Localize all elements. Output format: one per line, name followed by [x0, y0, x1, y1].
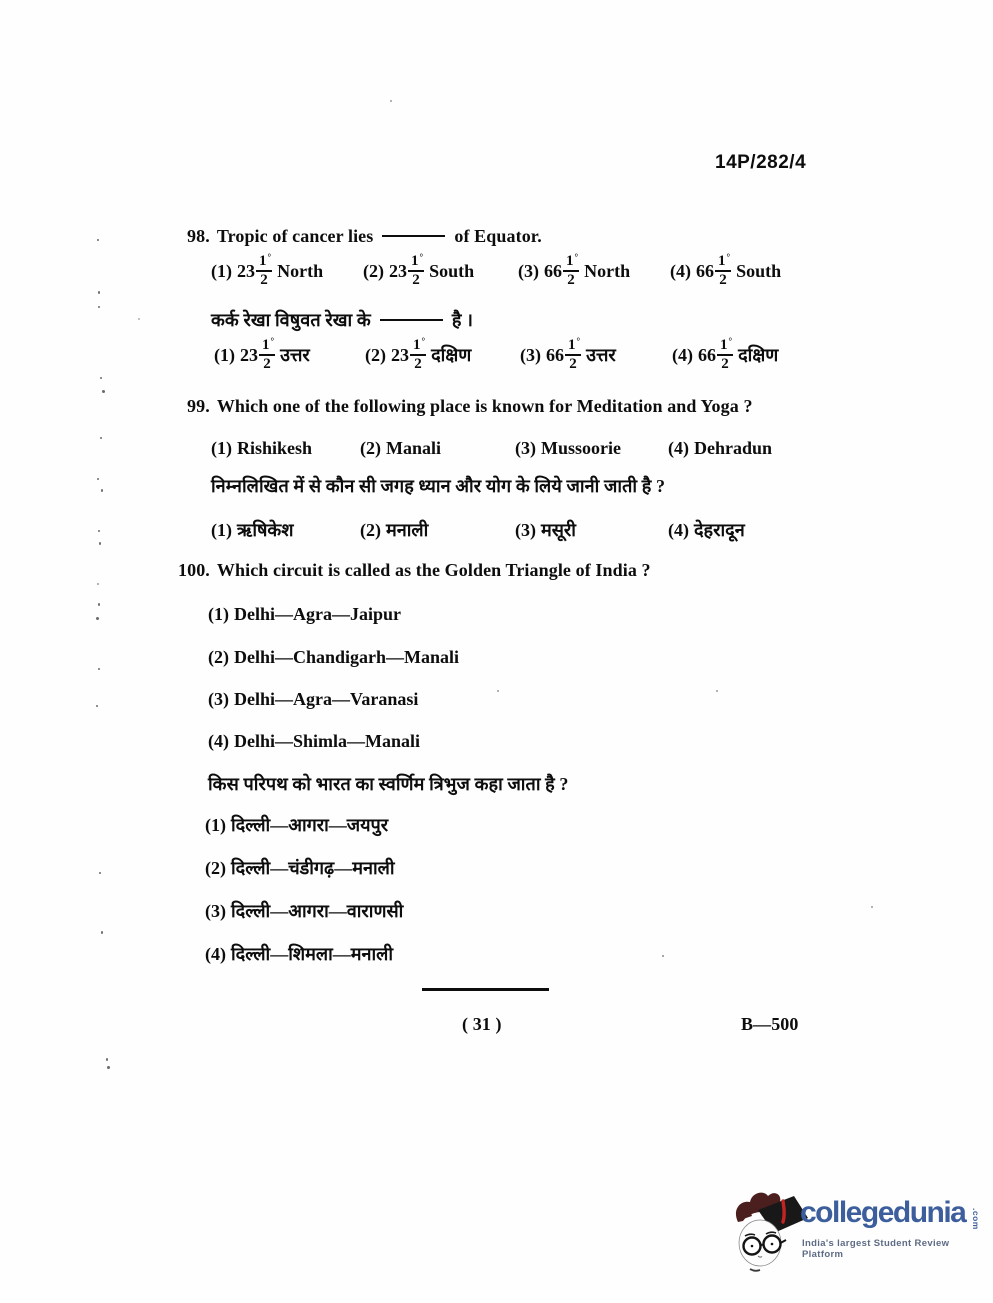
option-number: (4) — [668, 438, 689, 458]
question-100-english: 100.Which circuit is called as the Golde… — [178, 560, 651, 581]
scan-speck — [98, 530, 100, 532]
fraction-whole: 23 — [237, 261, 255, 281]
option-label: North — [277, 261, 323, 281]
fraction-numerator: 1 — [718, 253, 726, 269]
scan-speck — [138, 318, 140, 320]
q99-hi-option-4: (4)देहरादून — [668, 518, 745, 542]
fraction-denominator: 2 — [715, 272, 731, 288]
fraction-numerator: 1 — [568, 337, 576, 353]
option-label: North — [584, 261, 630, 281]
option-label: Delhi—Agra—Jaipur — [234, 604, 401, 624]
option-label: Delhi—Chandigarh—Manali — [234, 647, 459, 667]
question-text-hindi: निम्नलिखित में से कौन सी जगह ध्यान और यो… — [211, 476, 665, 496]
q98-en-option-4: (4)661°2South — [670, 256, 781, 290]
degree-symbol: ° — [420, 252, 424, 262]
option-label: Mussoorie — [541, 438, 621, 458]
option-label-hindi: मसूरी — [541, 520, 576, 540]
option-number: (3) — [515, 520, 536, 540]
fraction: 1°2 — [410, 338, 426, 372]
fraction-numerator: 1 — [566, 253, 574, 269]
scan-speck — [100, 377, 102, 379]
option-number: (1) — [208, 604, 229, 624]
question-100-hindi: किस परिपथ को भारत का स्वर्णिम त्रिभुज कह… — [208, 772, 569, 796]
q98-hi-option-4: (4)661°2दक्षिण — [672, 340, 778, 374]
option-label-hindi: उत्तर — [280, 345, 310, 365]
q100-en-option-2: (2)Delhi—Chandigarh—Manali — [208, 647, 459, 668]
option-number: (2) — [363, 261, 384, 281]
option-label: Delhi—Shimla—Manali — [234, 731, 420, 751]
q100-hi-option-4: (4)दिल्ली—शिमला—मनाली — [205, 942, 393, 966]
q99-en-option-3: (3)Mussoorie — [515, 438, 621, 459]
blank-line — [380, 319, 443, 321]
fraction: 1°2 — [565, 338, 581, 372]
option-number: (4) — [670, 261, 691, 281]
fraction-numerator: 1 — [259, 253, 267, 269]
fraction-whole: 66 — [696, 261, 714, 281]
option-number: (2) — [360, 520, 381, 540]
q100-hi-option-2: (2)दिल्ली—चंडीगढ़—मनाली — [205, 856, 394, 880]
question-number: 99. — [187, 396, 210, 416]
fraction-denominator: 2 — [717, 356, 733, 372]
collegedunia-mascot-icon — [728, 1186, 808, 1274]
option-number: (3) — [518, 261, 539, 281]
question-number: 98. — [187, 226, 210, 246]
option-label: Delhi—Agra—Varanasi — [234, 689, 418, 709]
option-label: Manali — [386, 438, 441, 458]
scan-speck — [102, 390, 105, 393]
option-label: Dehradun — [694, 438, 772, 458]
question-98-hindi: कर्क रेखा विषुवत रेखा केहै । — [211, 308, 473, 332]
q100-en-option-4: (4)Delhi—Shimla—Manali — [208, 731, 420, 752]
degree-symbol: ° — [268, 252, 272, 262]
fraction-numerator: 1 — [411, 253, 419, 269]
option-number: (4) — [205, 944, 226, 964]
blank-line — [382, 235, 445, 237]
fraction-whole: 66 — [544, 261, 562, 281]
option-number: (2) — [208, 647, 229, 667]
collegedunia-brand-text: collegedunia — [800, 1196, 965, 1230]
q98-hi-option-2: (2)231°2दक्षिण — [365, 340, 471, 374]
scan-speck — [106, 1058, 108, 1061]
q99-en-option-2: (2)Manali — [360, 438, 441, 459]
paper-code: 14P/282/4 — [715, 152, 806, 174]
fraction-whole: 23 — [240, 345, 258, 365]
question-text-hindi: किस परिपथ को भारत का स्वर्णिम त्रिभुज कह… — [208, 774, 569, 794]
fraction: 1°2 — [563, 254, 579, 288]
question-number: 100. — [178, 560, 210, 580]
option-label-hindi: उत्तर — [586, 345, 616, 365]
fraction: 1°2 — [717, 338, 733, 372]
option-number: (4) — [208, 731, 229, 751]
scan-speck — [96, 705, 98, 707]
option-label-hindi: दक्षिण — [738, 345, 778, 365]
booklet-code: B—500 — [741, 1014, 799, 1035]
collegedunia-logo: collegedunia .com India's largest Studen… — [728, 1186, 990, 1278]
option-label-hindi: दिल्ली—आगरा—जयपुर — [231, 815, 388, 835]
fraction-whole: 66 — [698, 345, 716, 365]
fraction-numerator: 1 — [720, 337, 728, 353]
collegedunia-tagline: India's largest Student Review Platform — [802, 1238, 990, 1260]
option-label-hindi: दिल्ली—चंडीगढ़—मनाली — [231, 858, 394, 878]
fraction: 1°2 — [259, 338, 275, 372]
option-number: (4) — [668, 520, 689, 540]
scan-speck — [96, 617, 99, 620]
option-label-hindi: देहरादून — [694, 520, 745, 540]
scan-speck — [100, 437, 102, 439]
option-number: (2) — [205, 858, 226, 878]
option-number: (1) — [211, 438, 232, 458]
q99-en-option-4: (4)Dehradun — [668, 438, 772, 459]
scan-speck — [871, 906, 873, 908]
collegedunia-tld-text: .com — [971, 1208, 981, 1230]
q99-hi-option-2: (2)मनाली — [360, 518, 428, 542]
scan-speck — [101, 931, 103, 934]
q99-en-option-1: (1)Rishikesh — [211, 438, 312, 459]
question-99-hindi: निम्नलिखित में से कौन सी जगह ध्यान और यो… — [211, 474, 665, 498]
option-label-hindi: दिल्ली—शिमला—मनाली — [231, 944, 393, 964]
option-number: (1) — [211, 520, 232, 540]
q99-hi-option-1: (1)ऋषिकेश — [211, 518, 293, 542]
fraction-numerator: 1 — [262, 337, 270, 353]
fraction-denominator: 2 — [563, 272, 579, 288]
question-text: Which circuit is called as the Golden Tr… — [217, 560, 651, 580]
q98-en-option-1: (1)231°2North — [211, 256, 323, 290]
fraction-denominator: 2 — [408, 272, 424, 288]
fraction-denominator: 2 — [410, 356, 426, 372]
scan-speck — [97, 478, 99, 480]
option-number: (3) — [208, 689, 229, 709]
scan-speck — [390, 100, 392, 102]
degree-symbol: ° — [575, 252, 579, 262]
option-label-hindi: मनाली — [386, 520, 428, 540]
scan-speck — [97, 239, 99, 241]
option-number: (3) — [515, 438, 536, 458]
option-label: South — [736, 261, 781, 281]
scan-speck — [98, 603, 100, 606]
q100-hi-option-1: (1)दिल्ली—आगरा—जयपुर — [205, 813, 388, 837]
scan-speck — [716, 690, 718, 692]
q100-hi-option-3: (3)दिल्ली—आगरा—वाराणसी — [205, 899, 403, 923]
q98-hi-option-3: (3)661°2उत्तर — [520, 340, 616, 374]
degree-symbol: ° — [729, 336, 733, 346]
option-number: (1) — [214, 345, 235, 365]
fraction-whole: 66 — [546, 345, 564, 365]
scan-speck — [98, 291, 100, 294]
q99-hi-option-3: (3)मसूरी — [515, 518, 576, 542]
question-text-hindi: कर्क रेखा विषुवत रेखा के — [211, 310, 371, 330]
question-text: Which one of the following place is know… — [217, 396, 753, 416]
question-99-english: 99.Which one of the following place is k… — [187, 396, 753, 417]
degree-symbol: ° — [271, 336, 275, 346]
page-number: ( 31 ) — [462, 1014, 502, 1035]
option-number: (2) — [360, 438, 381, 458]
option-number: (2) — [365, 345, 386, 365]
option-number: (1) — [205, 815, 226, 835]
fraction-numerator: 1 — [413, 337, 421, 353]
option-label: South — [429, 261, 474, 281]
option-number: (4) — [672, 345, 693, 365]
scan-speck — [101, 489, 103, 492]
fraction: 1°2 — [715, 254, 731, 288]
scan-speck — [97, 583, 99, 585]
scan-speck — [98, 668, 100, 670]
scan-speck — [497, 690, 499, 692]
q100-en-option-3: (3)Delhi—Agra—Varanasi — [208, 689, 418, 710]
q100-en-option-1: (1)Delhi—Agra—Jaipur — [208, 604, 401, 625]
degree-symbol: ° — [422, 336, 426, 346]
scan-speck — [99, 872, 101, 874]
option-label-hindi: दक्षिण — [431, 345, 471, 365]
option-number: (1) — [211, 261, 232, 281]
fraction-whole: 23 — [391, 345, 409, 365]
q98-en-option-2: (2)231°2South — [363, 256, 474, 290]
degree-symbol: ° — [727, 252, 731, 262]
fraction: 1°2 — [408, 254, 424, 288]
option-label-hindi: दिल्ली—आगरा—वाराणसी — [231, 901, 403, 921]
fraction: 1°2 — [256, 254, 272, 288]
q98-en-option-3: (3)661°2North — [518, 256, 630, 290]
fraction-denominator: 2 — [256, 272, 272, 288]
option-number: (3) — [205, 901, 226, 921]
question-98-english: 98.Tropic of cancer liesof Equator. — [187, 226, 542, 247]
question-text-hindi: है । — [452, 310, 473, 330]
question-text: of Equator. — [454, 226, 541, 246]
question-text: Tropic of cancer lies — [217, 226, 374, 246]
scan-speck — [662, 955, 664, 957]
scanned-exam-page: 14P/282/4 98.Tropic of cancer liesof Equ… — [0, 0, 993, 1303]
footer-divider-line — [422, 988, 549, 991]
scan-speck — [99, 542, 101, 545]
q98-hi-option-1: (1)231°2उत्तर — [214, 340, 310, 374]
scan-speck — [107, 1066, 110, 1069]
fraction-denominator: 2 — [259, 356, 275, 372]
scan-speck — [98, 306, 100, 308]
fraction-denominator: 2 — [565, 356, 581, 372]
fraction-whole: 23 — [389, 261, 407, 281]
option-number: (3) — [520, 345, 541, 365]
degree-symbol: ° — [577, 336, 581, 346]
option-label-hindi: ऋषिकेश — [237, 520, 293, 540]
option-label: Rishikesh — [237, 438, 312, 458]
